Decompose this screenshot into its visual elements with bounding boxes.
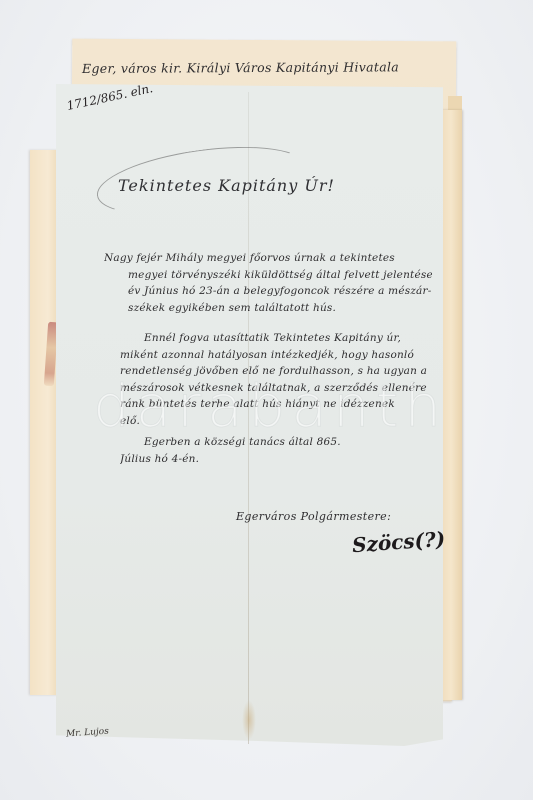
body-line: megyei törvényszéki kiküldöttség által f… bbox=[104, 267, 432, 284]
paragraph-2: Ennél fogva utasíttatik Tekintetes Kapit… bbox=[120, 330, 432, 429]
right-paper-edge bbox=[440, 110, 462, 700]
body-line: ránk büntetés terhe alatt hús hiányt ne … bbox=[120, 396, 432, 413]
left-paper-edge bbox=[30, 150, 60, 695]
closing-title: Egerváros Polgármestere: bbox=[236, 510, 391, 523]
body-line: miként azonnal hatályosan intézkedjék, h… bbox=[120, 347, 432, 364]
body-line: elő. bbox=[120, 413, 432, 430]
paragraph-1: Nagy fejér Mihály megyei főorvos úrnak a… bbox=[104, 250, 432, 316]
body-line: mészárosok vétkesnek találtatnak, a szer… bbox=[120, 380, 432, 397]
body-line: székek egyikében sem találtatott hús. bbox=[104, 300, 432, 317]
body-line: Egerben a községi tanács által 865. bbox=[120, 434, 432, 451]
body-line: Július hó 4-én. bbox=[120, 451, 432, 468]
paragraph-3-date: Egerben a községi tanács által 865. Júli… bbox=[120, 434, 432, 467]
body-line: év Június hó 23-án a belegyfogoncok rész… bbox=[104, 283, 432, 300]
body-line: Ennél fogva utasíttatik Tekintetes Kapit… bbox=[120, 330, 432, 347]
back-sheet-header-text: Eger, város kir. Királyi Város Kapitányi… bbox=[82, 59, 442, 76]
salutation: Tekintetes Kapitány Úr! bbox=[118, 176, 335, 195]
body-line: Nagy fejér Mihály megyei főorvos úrnak a… bbox=[104, 250, 432, 267]
body-line: rendetlenség jövőben elő ne fordulhasson… bbox=[120, 363, 432, 380]
fold-stain bbox=[242, 700, 256, 740]
